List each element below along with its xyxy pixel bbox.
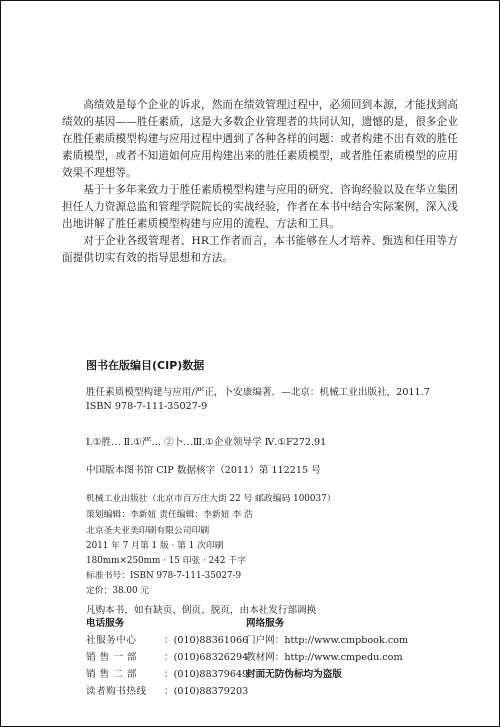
edition: 2011 年 7 月第 1 版 · 第 1 次印刷	[86, 538, 224, 551]
textbook-link[interactable]: 教材网：http://www.cmpedu.com	[246, 649, 408, 666]
blurb-paragraph: 基于十多年来致力于胜任素质模型构建与应用的研究、咨询经验以及在华立集团担任人力资…	[62, 182, 458, 233]
format: 180mm×250mm · 15 印张 · 242 千字	[86, 553, 246, 566]
web-service-heading: 网络服务	[246, 615, 408, 632]
phone-label: 社服务中心	[86, 632, 164, 649]
phone-value: ：(010)88361066	[164, 635, 248, 646]
phone-row: 社服务中心：(010)88361066	[86, 632, 248, 649]
web-service: 网络服务 门户网：http://www.cmpbook.com 教材网：http…	[246, 615, 408, 683]
cip-verification: 中国版本图书馆 CIP 数据核字（2011）第 112215 号	[86, 462, 321, 476]
phone-label: 读者购书热线	[86, 683, 164, 700]
phone-value: ：(010)68326294	[164, 652, 248, 663]
phone-value: ：(010)88379649	[164, 669, 248, 680]
blurb-paragraph: 高绩效是每个企业的诉求，然而在绩效管理过程中，必须回到本源，才能找到高绩效的基因…	[62, 97, 458, 182]
phone-row: 销 售 二 部：(010)88379649	[86, 666, 248, 683]
price: 定价：38.00 元	[86, 583, 149, 596]
book-blurb: 高绩效是每个企业的诉求，然而在绩效管理过程中，必须回到本源，才能找到高绩效的基因…	[62, 97, 458, 267]
portal-link[interactable]: 门户网：http://www.cmpbook.com	[246, 632, 408, 649]
phone-row: 销 售 一 部：(010)68326294	[86, 649, 248, 666]
phone-value: ：(010)88379203	[164, 686, 248, 697]
cip-classification: Ⅰ.①胜… Ⅱ.①严… ②卜…Ⅲ.①企业领导学 Ⅳ.①F272.91	[86, 434, 326, 448]
phone-label: 销 售 一 部	[86, 649, 164, 666]
cip-title: 图书在版编目(CIP)数据	[86, 357, 204, 373]
phone-service-heading: 电话服务	[86, 615, 248, 632]
cip-isbn: ISBN 978-7-111-35027-9	[86, 401, 207, 412]
publisher-address: 机械工业出版社（北京市百万庄大街 22 号 邮政编码 100037）	[86, 491, 336, 504]
phone-row: 读者购书热线：(010)88379203	[86, 683, 248, 700]
phone-label: 销 售 二 部	[86, 666, 164, 683]
replacement-notice: 凡购本书，如有缺页、倒页、脱页，由本社发行部调换	[86, 602, 316, 616]
standard-book-number: 标准书号：ISBN 978-7-111-35027-9	[86, 568, 241, 581]
printer: 北京圣夫亚美印刷有限公司印刷	[86, 523, 209, 536]
blurb-paragraph: 对于企业各级管理者、HR工作者而言，本书能够在人才培养、甄选和任用等方面提供切实…	[62, 233, 458, 267]
cip-record: 胜任素质模型构建与应用/严正，卜安康编著．—北京：机械工业出版社，2011.7	[86, 384, 430, 398]
editors: 策划编辑：李新妞 责任编辑：李新妞 李 浩	[86, 507, 253, 520]
anti-piracy-note: 封面无防伪标均为盗版	[246, 666, 408, 683]
phone-service: 电话服务 社服务中心：(010)88361066 销 售 一 部：(010)68…	[86, 615, 248, 700]
